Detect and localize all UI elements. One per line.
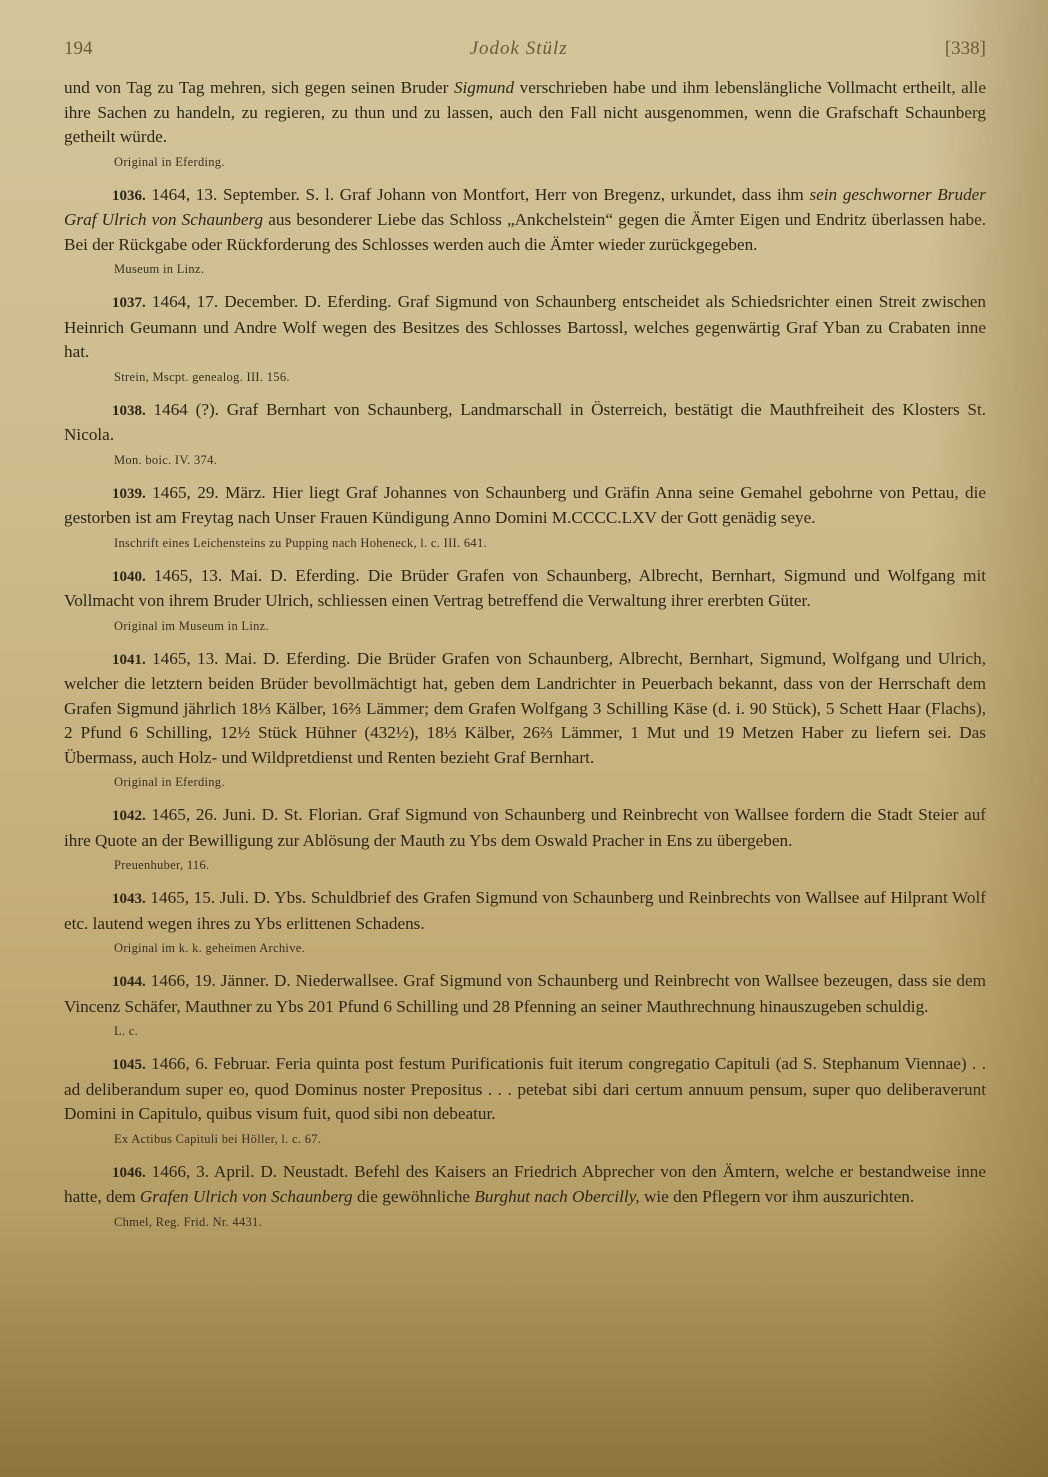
continued-paragraph: und von Tag zu Tag mehren, sich gegen se… [64,76,986,150]
entry-number: 1044. [112,974,146,990]
source-note: Original in Eferding. [114,773,986,791]
entry-date: 1466, 3. April. D. Neustadt. [152,1162,349,1181]
regest-entry: 1046. 1466, 3. April. D. Neustadt. Befeh… [64,1160,986,1210]
page-shadow-bottom [0,1217,1048,1477]
entry-number: 1041. [112,652,146,668]
regest-entry: 1039. 1465, 29. März. Hier liegt Graf Jo… [64,481,986,531]
entry-date: 1466, 6. Februar. [151,1054,270,1073]
original-page-number: [338] [945,38,986,60]
source-note: Strein, Mscpt. genealog. III. 156. [114,368,986,386]
entry-date: 1465, 15. Juli. D. Ybs. [150,888,306,907]
entry-date: 1464 (?). [154,400,219,419]
document-page: 194 Jodok Stülz [338] und von Tag zu Tag… [64,38,986,1243]
entry-date: 1466, 19. Jänner. D. Niederwallsee. [151,971,399,990]
entry-number: 1037. [112,295,146,311]
source-note: Mon. boic. IV. 374. [114,451,986,469]
entry-number: 1038. [112,403,146,419]
entry-date: 1465, 29. März. [152,483,266,502]
regest-entry: 1038. 1464 (?). Graf Bernhart von Schaun… [64,398,986,448]
entry-date: 1464, 17. December. D. Eferding. [152,292,392,311]
source-note: Chmel, Reg. Frid. Nr. 4431. [114,1213,986,1231]
entry-number: 1042. [112,808,146,824]
entry-number: 1039. [112,486,146,502]
source-note: Preuenhuber, 116. [114,856,986,874]
regest-entry: 1041. 1465, 13. Mai. D. Eferding. Die Br… [64,647,986,771]
regest-entry: 1042. 1465, 26. Juni. D. St. Florian. Gr… [64,803,986,853]
entry-number: 1040. [112,569,146,585]
regest-entry: 1040. 1465, 13. Mai. D. Eferding. Die Br… [64,564,986,614]
source-note: Original im Museum in Linz. [114,617,986,635]
entry-date: 1464, 13. September. S. l. [151,185,334,204]
page-title: Jodok Stülz [470,38,568,60]
regest-entry: 1044. 1466, 19. Jänner. D. Niederwallsee… [64,969,986,1019]
source-note: Original im k. k. geheimen Archive. [114,939,986,957]
page-number: 194 [64,38,93,60]
regest-entry: 1036. 1464, 13. September. S. l. Graf Jo… [64,183,986,258]
source-note: L. c. [114,1022,986,1040]
entry-date: 1465, 13. Mai. D. Eferding. [152,649,350,668]
source-note: Museum in Linz. [114,260,986,278]
entry-date: 1465, 26. Juni. D. St. Florian. [151,805,362,824]
source-note: Ex Actibus Capituli bei Höller, l. c. 67… [114,1130,986,1148]
entry-number: 1036. [112,188,146,204]
entry-number: 1046. [112,1165,146,1181]
regest-entry: 1037. 1464, 17. December. D. Eferding. G… [64,290,986,365]
regest-entry: 1045. 1466, 6. Februar. Feria quinta pos… [64,1052,986,1127]
regest-entry: 1043. 1465, 15. Juli. D. Ybs. Schuldbrie… [64,886,986,936]
source-note: Original in Eferding. [114,153,986,171]
source-note: Inschrift eines Leichensteins zu Pupping… [114,534,986,552]
running-head: 194 Jodok Stülz [338] [64,38,986,72]
entry-number: 1045. [112,1057,146,1073]
entry-number: 1043. [112,891,146,907]
entry-date: 1465, 13. Mai. D. Eferding. [154,566,360,585]
